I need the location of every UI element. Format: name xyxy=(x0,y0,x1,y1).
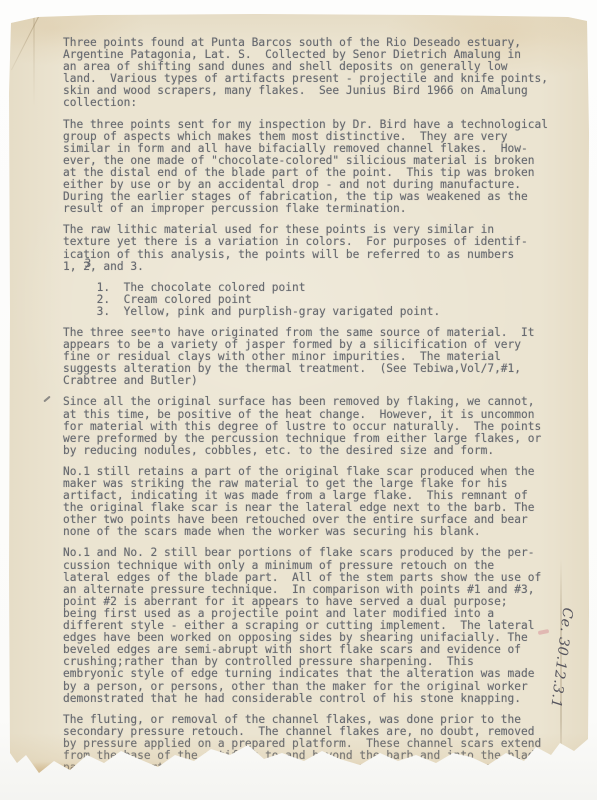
paragraph-raw-material: The raw lithic material used for these p… xyxy=(63,224,568,272)
pencil-tick-mark xyxy=(43,396,50,403)
fold-shadow-left-edge xyxy=(33,13,35,108)
document-text: Three points found at Punta Barcos south… xyxy=(63,37,568,783)
numbered-point-list: 1. The chocolate colored point 2. Cream … xyxy=(63,282,568,318)
paragraph-fluting: The fluting, or removal of the channel f… xyxy=(63,714,568,774)
photo-background: Three points found at Punta Barcos south… xyxy=(0,0,597,800)
paragraph-inspection: The three points sent for my inspection … xyxy=(63,119,568,216)
paragraph-percussion-scars: No.1 and No. 2 still bear portions of fl… xyxy=(63,547,568,704)
overstruck-digit: 3 xyxy=(85,258,92,270)
paragraph-intro: Three points found at Punta Barcos south… xyxy=(63,37,568,110)
paragraph-no1-flake-scar: No.1 still retains a part of the origina… xyxy=(63,466,568,539)
fold-crease-top-left xyxy=(11,15,40,71)
typewritten-page: Three points found at Punta Barcos south… xyxy=(8,13,590,785)
paragraph-heat-treatment: Since all the original surface has been … xyxy=(63,396,568,456)
paragraph-jasper-source: The three seeᵐto have originated from th… xyxy=(63,327,568,387)
